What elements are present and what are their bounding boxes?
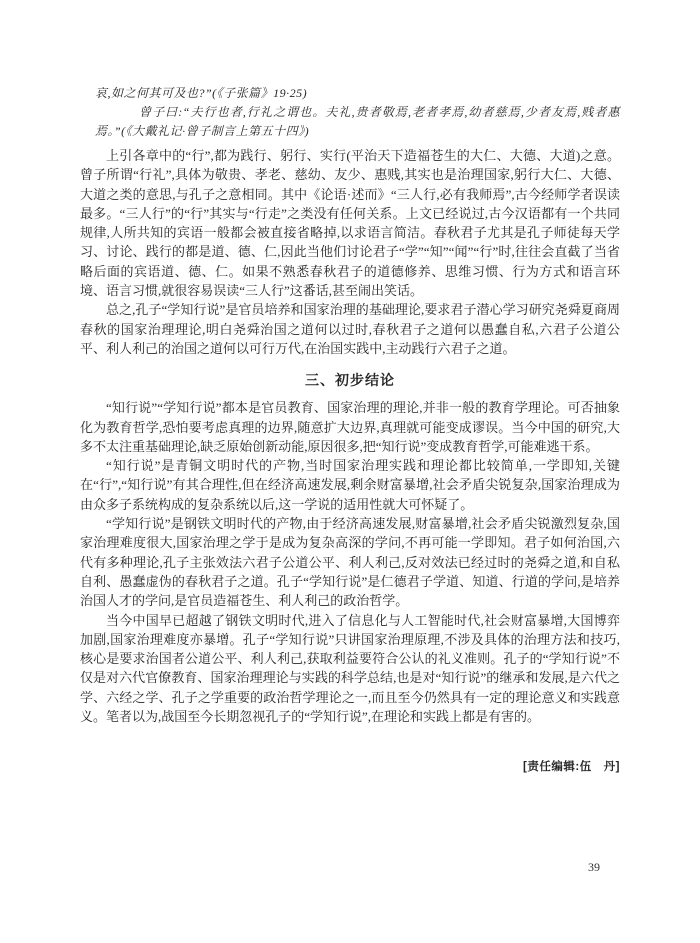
conclusion-paragraph-1: “知行说”“学知行说”都本是官员教育、国家治理的理论,并非一般的教育学理论。可否… — [80, 398, 620, 456]
conclusion-paragraph-3: “学知行说”是钢铁文明时代的产物,由于经济高速发展,财富暴增,社会矛盾尖锐激烈复… — [80, 514, 620, 610]
section-heading-preliminary-conclusion: 三、初步结论 — [80, 371, 620, 389]
journal-page: 哀,如之何其可及也?”(《子张篇》19·25) 曾子曰:“夫行也者,行礼之谓也。… — [0, 0, 700, 943]
body-paragraph-summary: 总之,孔子“学知行说”是官员培养和国家治理的基础理论,要求君子潜心学习研究尧舜夏… — [80, 300, 620, 358]
article-content: 哀,如之何其可及也?”(《子张篇》19·25) 曾子曰:“夫行也者,行礼之谓也。… — [80, 84, 620, 774]
quote-paragraph-zengzi: 曾子曰:“夫行也者,行礼之谓也。夫礼,贵者敬焉,老者孝焉,幼者慈焉,少者友焉,贱… — [95, 103, 620, 141]
quote-paragraph-continuation: 哀,如之何其可及也?”(《子张篇》19·25) — [95, 84, 620, 103]
conclusion-paragraph-2: “知行说”是青铜文明时代的产物,当时国家治理实践和理论都比较简单,一学即知,关键… — [80, 456, 620, 514]
body-paragraph-xing-analysis: 上引各章中的“行”,都为践行、躬行、实行(平治天下造福苍生的大仁、大德、大道)之… — [80, 146, 620, 300]
page-number: 39 — [588, 860, 600, 875]
responsible-editor-note: [责任编辑:伍 丹] — [80, 758, 620, 774]
conclusion-paragraph-4: 当今中国早已超越了钢铁文明时代,进入了信息化与人工智能时代,社会财富暴增,大国博… — [80, 611, 620, 727]
classical-quote-block: 哀,如之何其可及也?”(《子张篇》19·25) 曾子曰:“夫行也者,行礼之谓也。… — [80, 84, 620, 141]
